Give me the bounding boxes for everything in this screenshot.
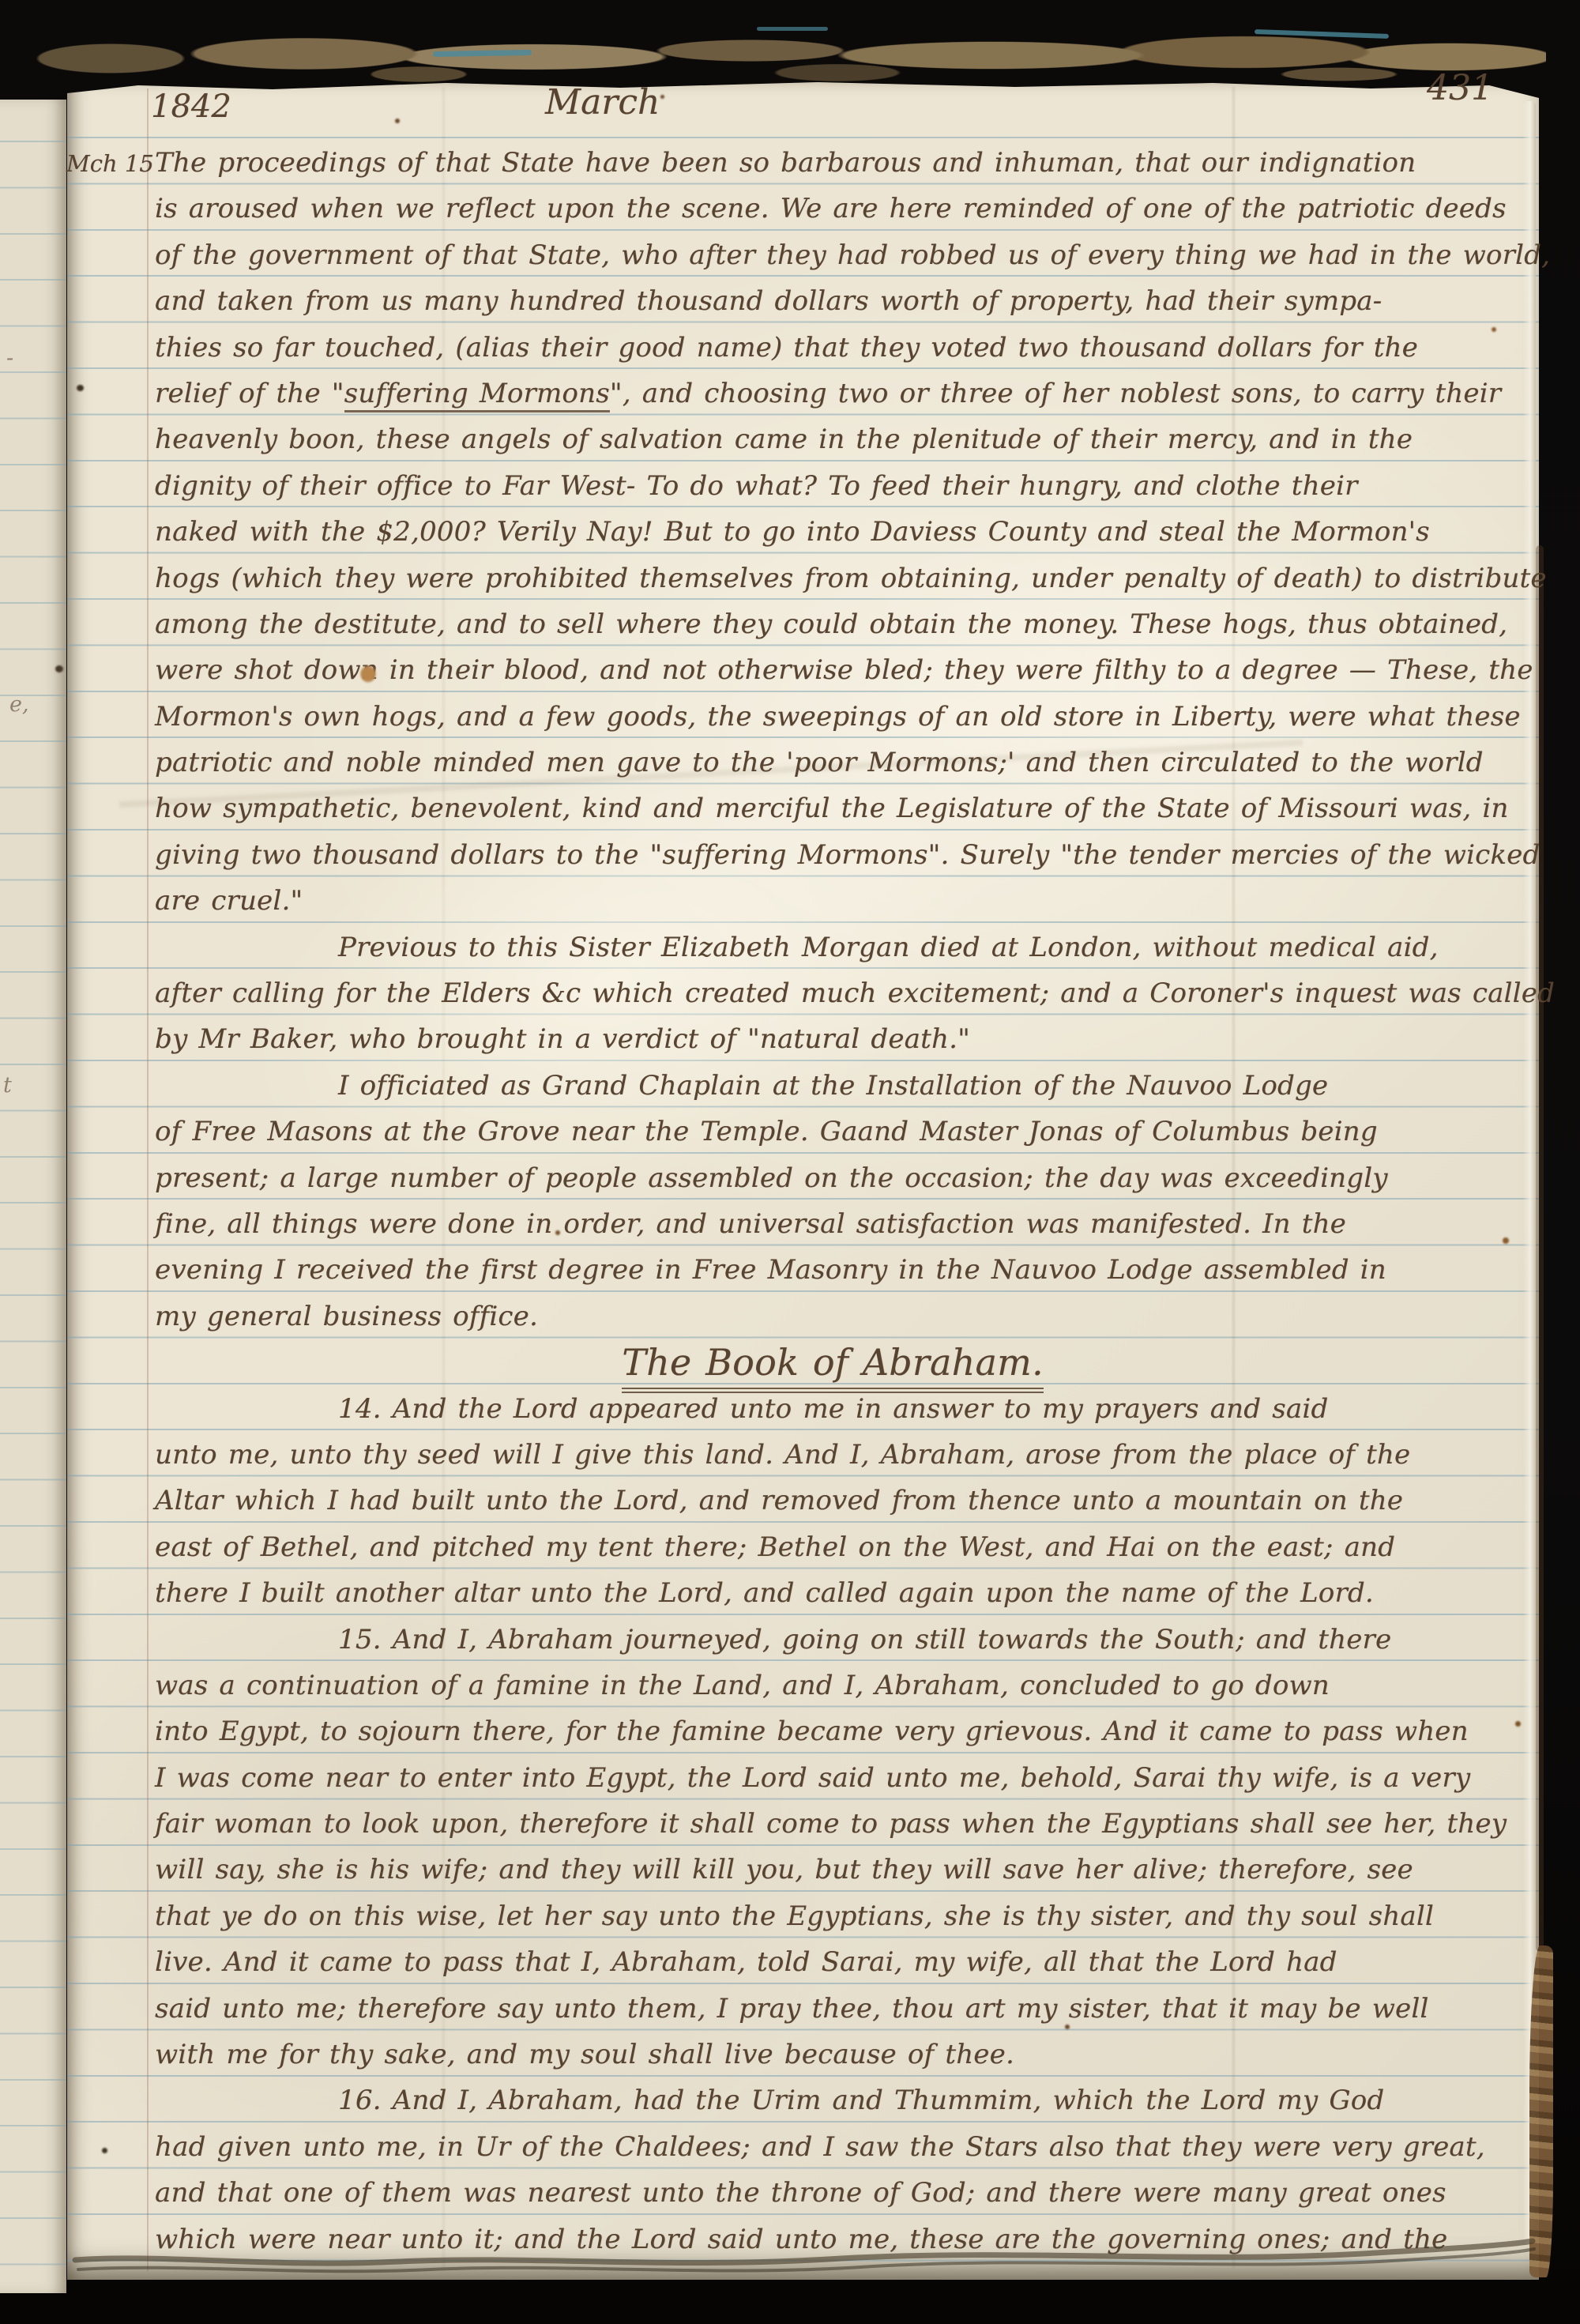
manuscript-line: will say, she is his wife; and they will… [155,1847,1510,1893]
stain-mark [102,2148,107,2153]
margin-date-note: Mch 15 [66,150,154,177]
section-heading: The Book of Abraham. [155,1339,1510,1385]
manuscript-line: into Egypt, to sojourn there, for the fa… [155,1708,1510,1754]
stain-mark [1503,1237,1509,1244]
previous-page-edge [0,100,66,2293]
manuscript-line: giving two thousand dollars to the "suff… [155,832,1510,878]
manuscript-line: relief of the "suffering Mormons", and c… [155,371,1510,416]
manuscript-line: heavenly boon, these angels of salvation… [155,416,1510,462]
manuscript-line: 14. And the Lord appeared unto me in ans… [155,1386,1510,1432]
manuscript-line: with me for thy sake, and my soul shall … [155,2032,1510,2077]
year-label: 1842 [151,89,231,125]
manuscript-line: east of Bethel, and pitched my tent ther… [155,1524,1510,1570]
manuscript-line: fine, all things were done in order, and… [155,1201,1510,1247]
manuscript-line: of Free Masons at the Grove near the Tem… [155,1109,1510,1154]
stain-mark [77,385,84,391]
manuscript-line: Altar which I had built unto the Lord, a… [155,1478,1510,1524]
margin-rule [147,89,149,2271]
manuscript-line: hogs (which they were prohibited themsel… [155,556,1510,601]
stray-ink-fragment: - [6,346,13,371]
manuscript-line: fair woman to look upon, therefore it sh… [155,1801,1510,1847]
manuscript-line: Previous to this Sister Elizabeth Morgan… [155,925,1510,970]
manuscript-line: after calling for the Elders &c which cr… [155,970,1510,1016]
manuscript-line: is aroused when we reflect upon the scen… [155,186,1510,232]
bottom-page-curl [67,2222,1539,2285]
manuscript-line: are cruel." [155,878,1510,924]
manuscript-line: The proceedings of that State have been … [155,140,1510,186]
manuscript-line: and that one of them was nearest unto th… [155,2170,1510,2216]
page-number: 431 [1427,68,1493,108]
manuscript-line: my general business office. [155,1294,1510,1339]
manuscript-line: that ye do on this wise, let her say unt… [155,1893,1510,1939]
manuscript-line: among the destitute, and to sell where t… [155,601,1510,647]
ruled-lines [0,141,66,2274]
manuscript-line: patriotic and noble minded men gave to t… [155,740,1510,785]
stain-mark [1515,1721,1521,1727]
manuscript-line: live. And it came to pass that I, Abraha… [155,1939,1510,1985]
month-header: March [545,82,660,122]
manuscript-line: were shot down in their blood, and not o… [155,647,1510,693]
torn-binding-debris [36,9,1546,89]
manuscript-line: evening I received the first degree in F… [155,1247,1510,1293]
stain-mark [55,665,63,672]
manuscript-line: by Mr Baker, who brought in a verdict of… [155,1016,1510,1062]
stain-mark [660,95,664,99]
stain-mark [555,1230,560,1235]
manuscript-line: was a continuation of a famine in the La… [155,1663,1510,1708]
manuscript-scan: - e, t 1842 March 431 Mch 15 The proceed… [0,0,1580,2324]
manuscript-line: unto me, unto thy seed will I give this … [155,1432,1510,1478]
stain-mark [395,119,400,123]
stain-mark [1065,2025,1070,2029]
manuscript-line: 15. And I, Abraham journeyed, going on s… [155,1617,1510,1663]
manuscript-line: said unto me; therefore say unto them, I… [155,1986,1510,2032]
manuscript-line: dignity of their office to Far West- To … [155,463,1510,509]
binding-edge-brown [1536,545,1544,1952]
manuscript-line: Mormon's own hogs, and a few goods, the … [155,694,1510,740]
manuscript-line: I officiated as Grand Chaplain at the In… [155,1063,1510,1109]
manuscript-line: naked with the $2,000? Verily Nay! But t… [155,509,1510,555]
stray-ink-fragment: t [3,1073,12,1098]
underlined-phrase: suffering Mormons [344,378,610,412]
manuscript-line: how sympathetic, benevolent, kind and me… [155,785,1510,831]
manuscript-line: thies so far touched, (alias their good … [155,325,1510,371]
manuscript-body: The proceedings of that State have been … [155,140,1510,2262]
stray-ink-fragment: e, [9,692,29,717]
page-edge-highlight [1523,101,1536,2244]
blue-binding-thread [757,27,828,31]
manuscript-line: 16. And I, Abraham, had the Urim and Thu… [155,2077,1510,2123]
stain-mark [360,665,376,683]
manuscript-line: had given unto me, in Ur of the Chaldees… [155,2124,1510,2170]
stain-mark [1492,327,1496,332]
manuscript-line: I was come near to enter into Egypt, the… [155,1755,1510,1801]
manuscript-line: of the government of that State, who aft… [155,232,1510,278]
manuscript-line: present; a large number of people assemb… [155,1155,1510,1201]
manuscript-line: there I built another altar unto the Lor… [155,1570,1510,1616]
manuscript-line: and taken from us many hundred thousand … [155,278,1510,324]
